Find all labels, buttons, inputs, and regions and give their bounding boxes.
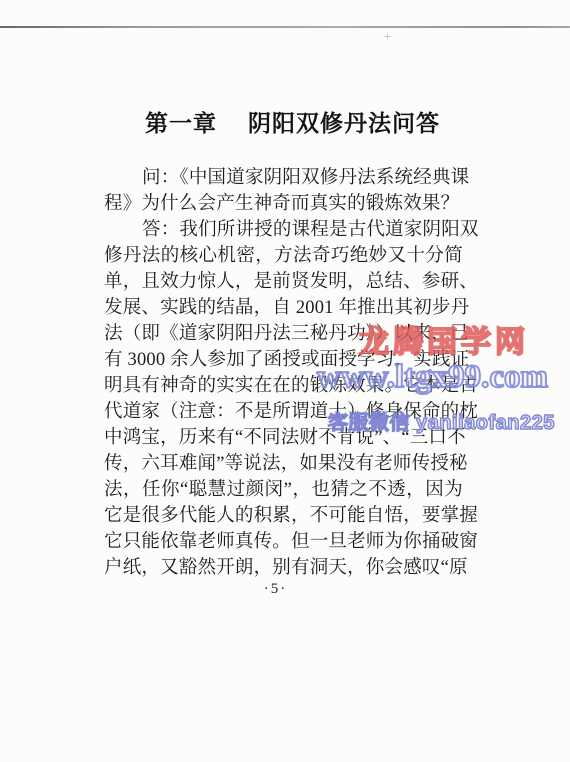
body-line: 中鸿宝，历来有“不同法财不肯说”、“三口不 [104, 425, 463, 451]
body-line: 传，六耳难闻”等说法，如果没有老师传授秘 [104, 451, 463, 477]
page-number: ·5· [96, 581, 455, 598]
scan-artifact-speck [384, 33, 391, 40]
body-line: 它只能依靠老师真传。但一旦老师为你捅破窗 [104, 529, 463, 555]
body-line: 答：我们所讲授的课程是古代道家阴阳双 [104, 217, 463, 243]
chapter-label: 第一章 [145, 111, 217, 136]
body-line: 法（即《道家阴阳丹法三秘丹功》）以来，已 [104, 321, 463, 347]
body-line: 修丹法的核心机密，方法奇巧绝妙又十分简 [104, 243, 463, 269]
body-line: 问：《中国道家阴阳双修丹法系统经典课 [104, 165, 463, 191]
body-line: 法，任你“聪慧过颜闵”，也猜之不透，因为 [104, 477, 463, 503]
body-line: 单，且效力惊人，是前贤发明，总结、参研、 [104, 269, 463, 295]
body-line: 代道家（注意：不是所谓道士）修身保命的枕 [104, 399, 463, 425]
body-line: 明具有神奇的实实在在的锻炼效果。它本是古 [104, 373, 463, 399]
body-line: 有 3000 余人参加了函授或面授学习，实践证 [104, 347, 463, 373]
body-line: 户纸，又豁然开朗，别有洞天，你会感叹“原 [104, 555, 463, 581]
chapter-title: 阴阳双修丹法问答 [248, 111, 440, 136]
body-text-block: 问：《中国道家阴阳双修丹法系统经典课 程》为什么会产生神奇而真实的锻炼效果？ 答… [104, 165, 463, 581]
scanned-book-page: 第一章阴阳双修丹法问答 问：《中国道家阴阳双修丹法系统经典课 程》为什么会产生神… [0, 0, 570, 762]
body-line: 程》为什么会产生神奇而真实的锻炼效果？ [104, 191, 463, 217]
page-top-rule [0, 26, 570, 28]
body-line: 发展、实践的结晶，自 2001 年推出其初步丹 [104, 295, 463, 321]
body-line: 它是很多代能人的积累，不可能自悟，要掌握 [104, 503, 463, 529]
chapter-heading: 第一章阴阳双修丹法问答 [145, 105, 440, 138]
